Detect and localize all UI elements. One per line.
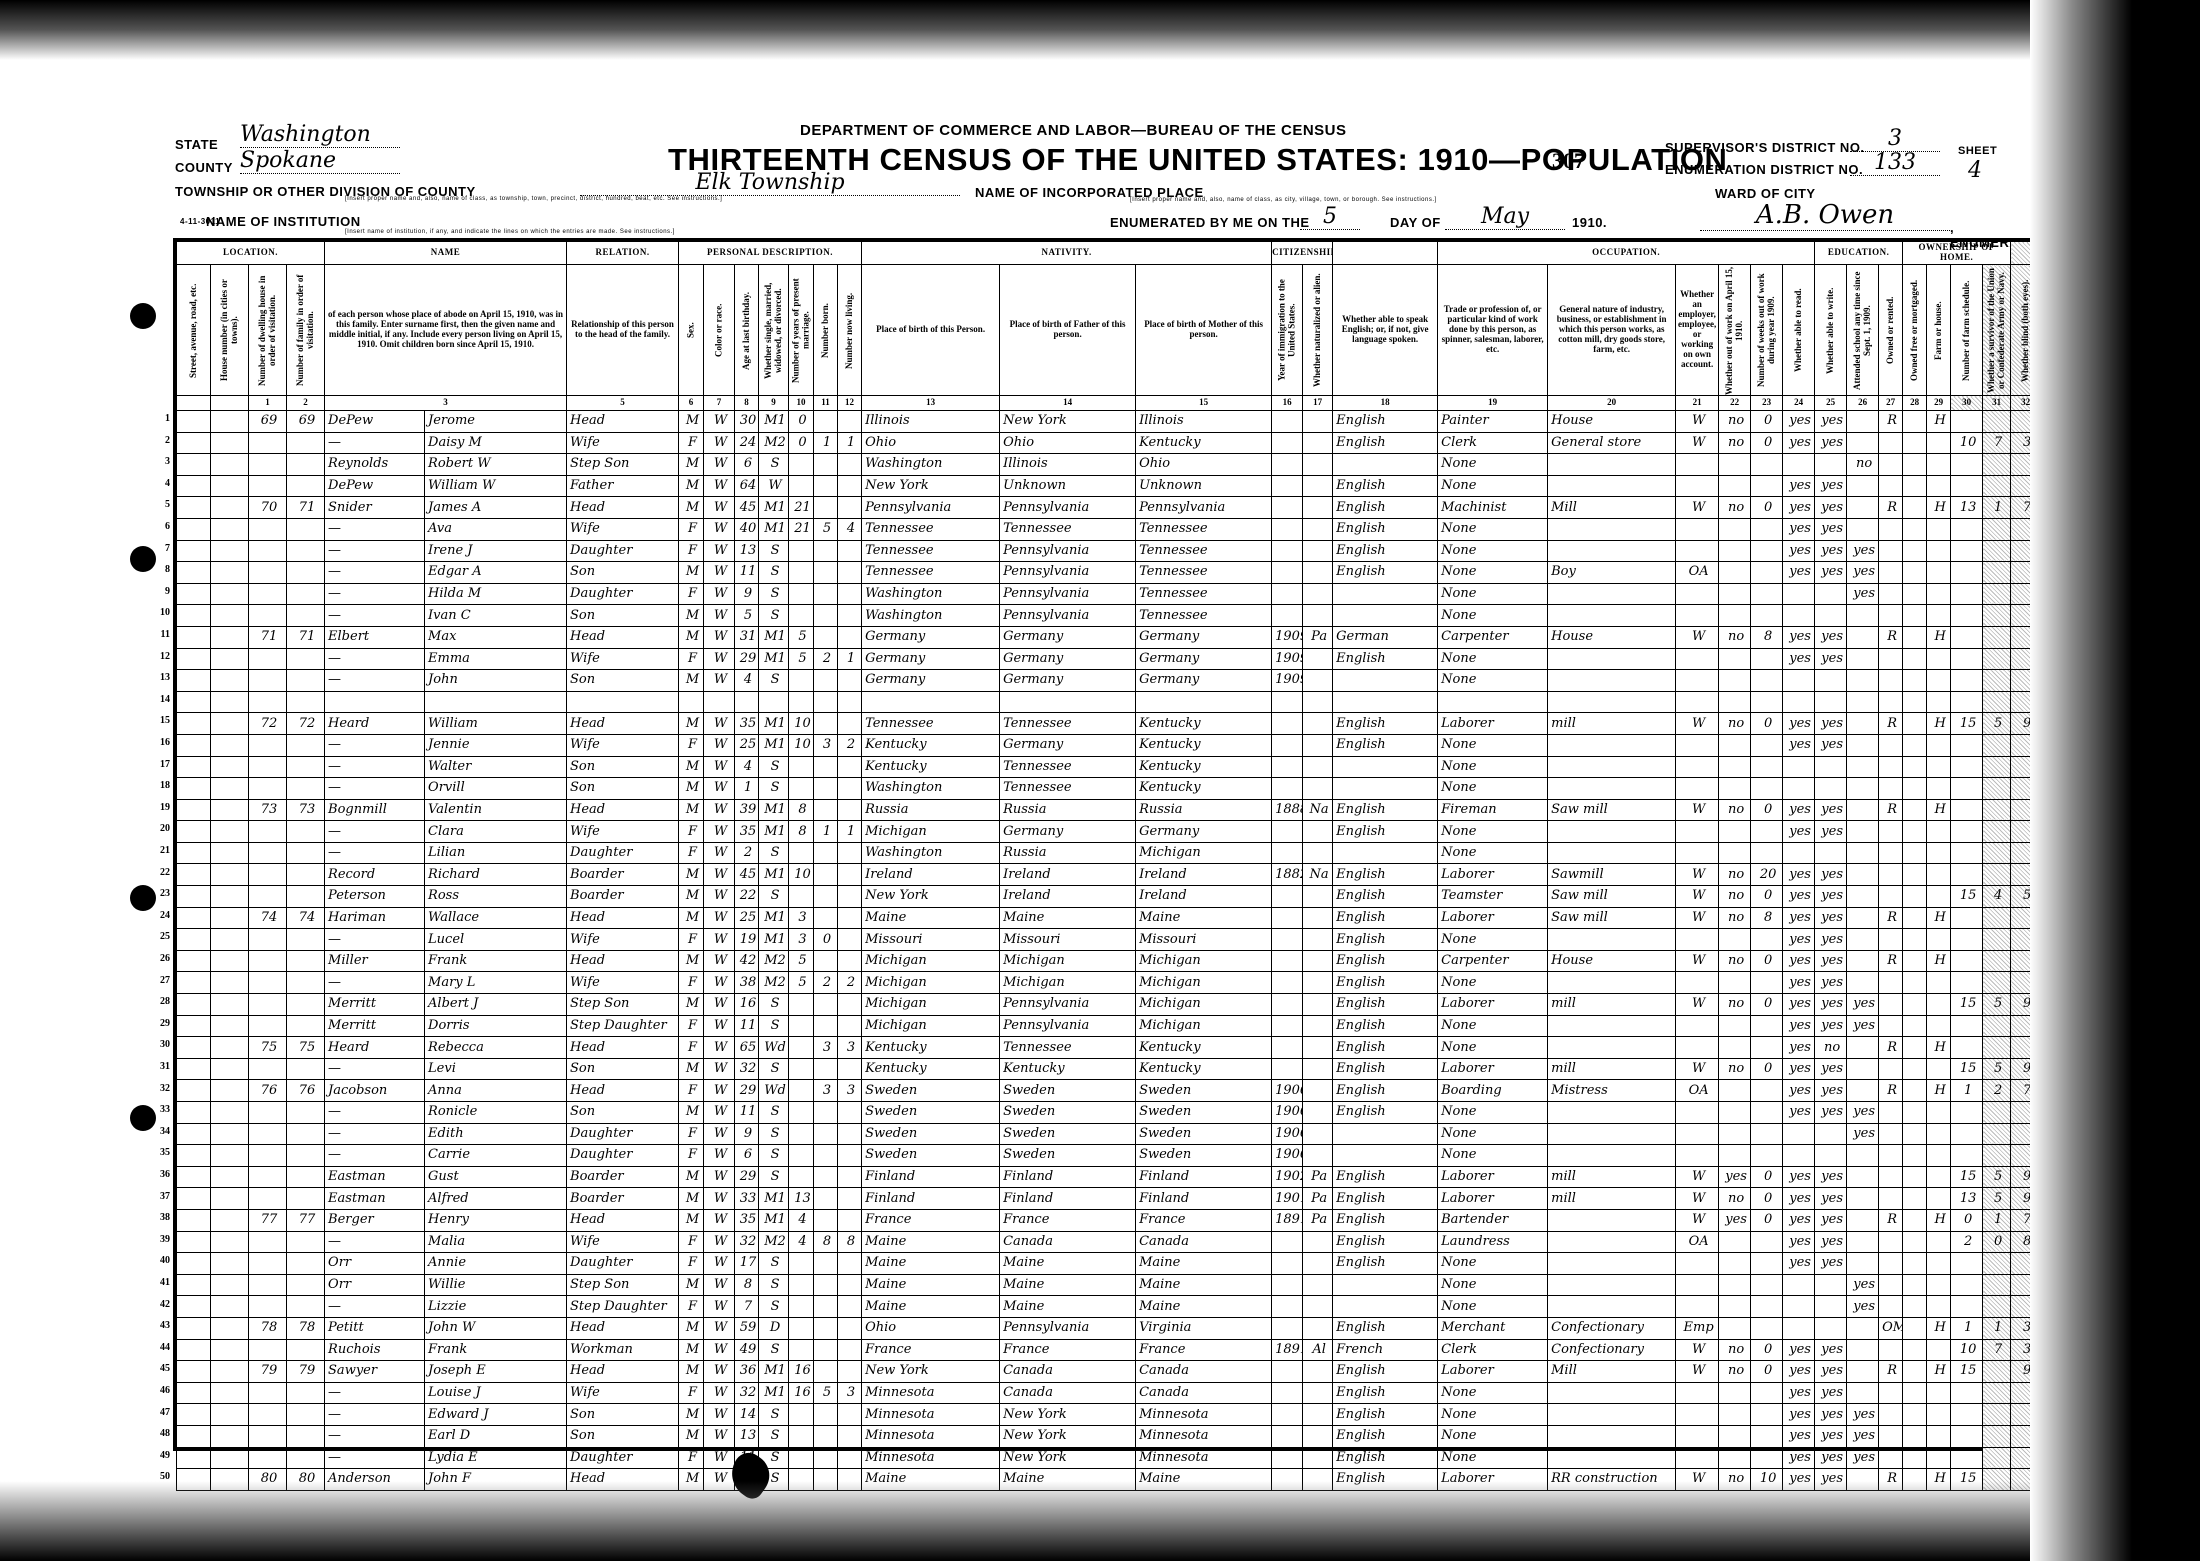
cell-weeks-out: [1751, 1123, 1783, 1145]
cell-given-name: Malia: [425, 1231, 567, 1253]
cell-birthplace-mother: Michigan: [1136, 994, 1272, 1016]
cell-birthplace-father: Germany: [1000, 626, 1136, 648]
table-row: —JohnSonMW4SGermanyGermanyGermany1909Non…: [177, 670, 2069, 692]
line-number: 23: [150, 888, 170, 899]
cell-weeks-out: 8: [1751, 626, 1783, 648]
cell-farm-schedule: [1951, 1123, 1983, 1145]
cell-owned-rented: [1879, 1145, 1903, 1167]
cell-immigration-year: [1272, 756, 1303, 778]
cell-employment-class: W: [1676, 1058, 1719, 1080]
cell-birthplace-mother: Sweden: [1136, 1102, 1272, 1124]
cell-marital-status: Wd: [759, 1037, 789, 1059]
cell-employment-class: [1676, 518, 1719, 540]
cell-family-number: 76: [287, 1080, 325, 1102]
cell-school: no: [1847, 454, 1879, 476]
cell-birthplace-mother: Sweden: [1136, 1080, 1272, 1102]
cell-children-living: 2: [838, 734, 862, 756]
cell-weeks-out: [1751, 648, 1783, 670]
cell-birthplace-father: Ohio: [1000, 432, 1136, 454]
cell-weeks-out: 0: [1751, 799, 1783, 821]
cell-trade: [1438, 691, 1548, 713]
cell-surname: —: [325, 648, 425, 670]
cell-farm-house: [1927, 1404, 1951, 1426]
cell-can-write: yes: [1815, 1339, 1847, 1361]
cell-sex: M: [679, 713, 704, 735]
cell-age: 42: [735, 950, 759, 972]
cell-children-born: [814, 1123, 838, 1145]
cell-trade: Laborer: [1438, 713, 1548, 735]
cell-birthplace-father: France: [1000, 1209, 1136, 1231]
cell-owned-rented: R: [1879, 411, 1903, 433]
cell-race: W: [704, 1080, 735, 1102]
cell-farm-schedule: 13: [1951, 1188, 1983, 1210]
col-race: Color or race.: [704, 265, 735, 396]
cell-farm-schedule: [1951, 1015, 1983, 1037]
cell-owned-rented: R: [1879, 1361, 1903, 1383]
col-language: Whether able to speak English; or, if no…: [1333, 265, 1438, 396]
cell-farm-house: [1927, 1102, 1951, 1124]
cell-birthplace-person: Maine: [862, 1296, 1000, 1318]
cell-marital-status: S: [759, 1425, 789, 1447]
cell-relation: Wife: [567, 972, 679, 994]
cell-immigration-year: [1272, 1447, 1303, 1469]
cell-years-married: [789, 583, 814, 605]
cell-owned-rented: R: [1879, 497, 1903, 519]
cell-relation: Son: [567, 605, 679, 627]
cell-school: [1847, 518, 1879, 540]
cell-weeks-out: 0: [1751, 1188, 1783, 1210]
cell-industry: [1548, 1296, 1676, 1318]
cell-family-number: 69: [287, 411, 325, 433]
cell-relation: Step Daughter: [567, 1015, 679, 1037]
cell-street: [177, 626, 211, 648]
cell-relation: Son: [567, 1102, 679, 1124]
cell-employment-class: [1676, 1123, 1719, 1145]
cell-weeks-out: [1751, 1080, 1783, 1102]
cell-farm-house: H: [1927, 626, 1951, 648]
cell-farm-schedule: [1951, 821, 1983, 843]
cell-can-write: yes: [1815, 972, 1847, 994]
table-row: —RonicleSonMW11SSwedenSwedenSweden1906En…: [177, 1102, 2069, 1124]
cell-house: [211, 713, 249, 735]
cell-birthplace-mother: Michigan: [1136, 1015, 1272, 1037]
cell-race: [704, 691, 735, 713]
cell-relation: Step Son: [567, 994, 679, 1016]
cell-employment-class: W: [1676, 864, 1719, 886]
cell-weeks-out: 0: [1751, 1058, 1783, 1080]
cell-given-name: Emma: [425, 648, 567, 670]
cell-dwelling-number: [249, 886, 287, 908]
cell-language: English: [1333, 1361, 1438, 1383]
cell-weeks-out: [1751, 1037, 1783, 1059]
cell-birthplace-person: Russia: [862, 799, 1000, 821]
cell-marital-status: M1: [759, 799, 789, 821]
cell-birthplace-father: New York: [1000, 1404, 1136, 1426]
cell-family-number: [287, 475, 325, 497]
cell-farm-schedule: 0: [1951, 1209, 1983, 1231]
cell-language: English: [1333, 886, 1438, 908]
cell-out-of-work: [1719, 1425, 1751, 1447]
cell-given-name: Hilda M: [425, 583, 567, 605]
cell-language: [1333, 842, 1438, 864]
cell-years-married: 8: [789, 821, 814, 843]
cell-owned-rented: R: [1879, 799, 1903, 821]
line-number: 22: [150, 867, 170, 878]
cell-age: 65: [735, 1037, 759, 1059]
cell-family-number: [287, 1145, 325, 1167]
cell-owned-rented: OM: [1879, 1317, 1903, 1339]
cell-street: [177, 454, 211, 476]
cell-free-mortgaged: [1903, 1253, 1927, 1275]
cell-years-married: [789, 756, 814, 778]
cell-can-read: yes: [1783, 1209, 1815, 1231]
cell-trade: None: [1438, 1404, 1548, 1426]
cell-children-living: [838, 475, 862, 497]
cell-race: W: [704, 950, 735, 972]
cell-can-read: yes: [1783, 1015, 1815, 1037]
cell-veteran: [1983, 929, 2011, 951]
cell-can-read: [1783, 1274, 1815, 1296]
cell-weeks-out: [1751, 756, 1783, 778]
cell-immigration-year: [1272, 821, 1303, 843]
cell-school: [1847, 929, 1879, 951]
column-number: 10: [789, 396, 814, 411]
ward-label: WARD OF CITY: [1715, 186, 1816, 201]
cell-surname: Hariman: [325, 907, 425, 929]
cell-relation: Head: [567, 1080, 679, 1102]
cell-surname: —: [325, 1102, 425, 1124]
cell-owned-rented: [1879, 734, 1903, 756]
cell-birthplace-person: Ohio: [862, 432, 1000, 454]
cell-farm-house: [1927, 972, 1951, 994]
cell-birthplace-father: Kentucky: [1000, 1058, 1136, 1080]
cell-children-living: [838, 1447, 862, 1469]
line-number: 32: [150, 1083, 170, 1094]
cell-sex: M: [679, 1361, 704, 1383]
cell-farm-house: [1927, 454, 1951, 476]
cell-can-read: yes: [1783, 411, 1815, 433]
cell-language: English: [1333, 475, 1438, 497]
cell-street: [177, 1080, 211, 1102]
cell-surname: Petitt: [325, 1317, 425, 1339]
table-row: ReynoldsRobert WStep SonMW6SWashingtonIl…: [177, 454, 2069, 476]
cell-weeks-out: 20: [1751, 864, 1783, 886]
cell-family-number: [287, 972, 325, 994]
cell-veteran: [1983, 799, 2011, 821]
col-name: of each person whose place of abode on A…: [325, 265, 567, 396]
column-number: 7: [704, 396, 735, 411]
cell-sex: M: [679, 605, 704, 627]
cell-weeks-out: 0: [1751, 411, 1783, 433]
cell-naturalization: [1303, 821, 1333, 843]
cell-relation: Son: [567, 1425, 679, 1447]
cell-school: [1847, 821, 1879, 843]
cell-birthplace-mother: Kentucky: [1136, 1058, 1272, 1080]
cell-veteran: 5: [1983, 713, 2011, 735]
cell-naturalization: [1303, 713, 1333, 735]
cell-children-born: [814, 907, 838, 929]
cell-language: [1333, 691, 1438, 713]
cell-family-number: [287, 1404, 325, 1426]
cell-house: [211, 411, 249, 433]
cell-race: W: [704, 907, 735, 929]
cell-dwelling-number: 78: [249, 1317, 287, 1339]
cell-sex: F: [679, 1080, 704, 1102]
cell-can-write: yes: [1815, 518, 1847, 540]
cell-immigration-year: [1272, 1037, 1303, 1059]
cell-birthplace-person: Washington: [862, 842, 1000, 864]
cell-can-write: [1815, 670, 1847, 692]
cell-birthplace-mother: Minnesota: [1136, 1404, 1272, 1426]
cell-trade: None: [1438, 1274, 1548, 1296]
cell-industry: [1548, 691, 1676, 713]
cell-age: 6: [735, 1145, 759, 1167]
cell-race: W: [704, 670, 735, 692]
cell-can-write: yes: [1815, 799, 1847, 821]
cell-birthplace-father: Pennsylvania: [1000, 1015, 1136, 1037]
cell-dwelling-number: 72: [249, 713, 287, 735]
col-sex: Sex.: [679, 265, 704, 396]
cell-relation: Head: [567, 713, 679, 735]
cell-out-of-work: no: [1719, 1361, 1751, 1383]
cell-birthplace-father: Sweden: [1000, 1123, 1136, 1145]
cell-weeks-out: [1751, 972, 1783, 994]
cell-can-write: yes: [1815, 821, 1847, 843]
cell-children-born: [814, 1102, 838, 1124]
cell-children-born: [814, 670, 838, 692]
cell-veteran: [1983, 648, 2011, 670]
cell-marital-status: M1: [759, 734, 789, 756]
cell-years-married: 4: [789, 1209, 814, 1231]
cell-farm-house: [1927, 756, 1951, 778]
cell-children-living: [838, 713, 862, 735]
cell-employment-class: [1676, 734, 1719, 756]
cell-weeks-out: [1751, 475, 1783, 497]
cell-trade: None: [1438, 1253, 1548, 1275]
cell-farm-house: [1927, 648, 1951, 670]
cell-birthplace-father: Canada: [1000, 1231, 1136, 1253]
cell-house: [211, 432, 249, 454]
cell-house: [211, 1080, 249, 1102]
cell-trade: None: [1438, 821, 1548, 843]
cell-marital-status: S: [759, 842, 789, 864]
cell-given-name: Edith: [425, 1123, 567, 1145]
cell-out-of-work: [1719, 1123, 1751, 1145]
cell-free-mortgaged: [1903, 1447, 1927, 1469]
cell-sex: F: [679, 583, 704, 605]
cell-birthplace-person: Ohio: [862, 1317, 1000, 1339]
cell-can-read: yes: [1783, 648, 1815, 670]
cell-farm-schedule: [1951, 778, 1983, 800]
cell-surname: Berger: [325, 1209, 425, 1231]
cell-free-mortgaged: [1903, 1231, 1927, 1253]
cell-relation: Boarder: [567, 1188, 679, 1210]
cell-out-of-work: [1719, 605, 1751, 627]
cell-family-number: [287, 1231, 325, 1253]
cell-birthplace-mother: Russia: [1136, 799, 1272, 821]
cell-can-read: yes: [1783, 972, 1815, 994]
cell-years-married: [789, 691, 814, 713]
cell-farm-schedule: [1951, 454, 1983, 476]
cell-farm-house: [1927, 1231, 1951, 1253]
cell-children-born: [814, 411, 838, 433]
cell-birthplace-person: Michigan: [862, 1015, 1000, 1037]
cell-out-of-work: no: [1719, 432, 1751, 454]
cell-industry: House: [1548, 626, 1676, 648]
cell-given-name: Ross: [425, 886, 567, 908]
cell-children-living: 1: [838, 648, 862, 670]
cell-owned-rented: [1879, 1123, 1903, 1145]
cell-trade: None: [1438, 475, 1548, 497]
cell-owned-rented: [1879, 994, 1903, 1016]
cell-family-number: [287, 518, 325, 540]
cell-weeks-out: 0: [1751, 1339, 1783, 1361]
cell-birthplace-person: Germany: [862, 626, 1000, 648]
cell-street: [177, 1166, 211, 1188]
cell-years-married: 16: [789, 1361, 814, 1383]
cell-race: W: [704, 799, 735, 821]
cell-surname: Reynolds: [325, 454, 425, 476]
cell-out-of-work: no: [1719, 950, 1751, 972]
cell-race: W: [704, 778, 735, 800]
cell-trade: Clerk: [1438, 1339, 1548, 1361]
cell-age: 11: [735, 1102, 759, 1124]
cell-children-living: 1: [838, 432, 862, 454]
line-number: 12: [150, 651, 170, 662]
cell-street: [177, 1339, 211, 1361]
cell-can-write: yes: [1815, 540, 1847, 562]
cell-relation: Wife: [567, 1382, 679, 1404]
cell-naturalization: [1303, 1145, 1333, 1167]
cell-given-name: William W: [425, 475, 567, 497]
cell-language: [1333, 778, 1438, 800]
cell-out-of-work: no: [1719, 411, 1751, 433]
cell-family-number: 71: [287, 497, 325, 519]
cell-marital-status: D: [759, 1317, 789, 1339]
cell-free-mortgaged: [1903, 886, 1927, 908]
cell-sex: F: [679, 929, 704, 951]
cell-children-living: [838, 1058, 862, 1080]
cell-dwelling-number: [249, 842, 287, 864]
cell-family-number: [287, 432, 325, 454]
cell-immigration-year: [1272, 713, 1303, 735]
cell-trade: Painter: [1438, 411, 1548, 433]
cell-years-married: 4: [789, 1231, 814, 1253]
cell-marital-status: M1: [759, 518, 789, 540]
table-row: —LizzieStep DaughterFW7SMaineMaineMaineN…: [177, 1296, 2069, 1318]
cell-farm-schedule: 10: [1951, 1339, 1983, 1361]
cell-race: W: [704, 1145, 735, 1167]
cell-sex: M: [679, 907, 704, 929]
cell-children-born: [814, 562, 838, 584]
cell-trade: Fireman: [1438, 799, 1548, 821]
cell-birthplace-person: Pennsylvania: [862, 497, 1000, 519]
cell-can-write: yes: [1815, 907, 1847, 929]
cell-farm-house: [1927, 1425, 1951, 1447]
cell-language: [1333, 670, 1438, 692]
line-number: 5: [150, 499, 170, 510]
cell-can-write: [1815, 454, 1847, 476]
cell-industry: [1548, 518, 1676, 540]
cell-children-living: [838, 799, 862, 821]
cell-can-read: yes: [1783, 432, 1815, 454]
cell-family-number: 77: [287, 1209, 325, 1231]
cell-sex: M: [679, 1102, 704, 1124]
cell-immigration-year: [1272, 497, 1303, 519]
line-number: 3: [150, 456, 170, 467]
cell-veteran: 5: [1983, 1166, 2011, 1188]
cell-trade: Carpenter: [1438, 626, 1548, 648]
cell-house: [211, 670, 249, 692]
cell-language: English: [1333, 648, 1438, 670]
cell-weeks-out: [1751, 1274, 1783, 1296]
cell-school: [1847, 1382, 1879, 1404]
cell-weeks-out: [1751, 1253, 1783, 1275]
col-relation: Relationship of this person to the head …: [567, 265, 679, 396]
cell-farm-house: [1927, 562, 1951, 584]
cell-weeks-out: [1751, 1296, 1783, 1318]
cell-years-married: [789, 454, 814, 476]
cell-birthplace-father: Missouri: [1000, 929, 1136, 951]
cell-weeks-out: [1751, 605, 1783, 627]
cell-house: [211, 1166, 249, 1188]
cell-birthplace-father: Tennessee: [1000, 756, 1136, 778]
cell-sex: F: [679, 1382, 704, 1404]
cell-surname: —: [325, 605, 425, 627]
cell-sex: M: [679, 1188, 704, 1210]
cell-trade: None: [1438, 1037, 1548, 1059]
table-row: —Hilda MDaughterFW9SWashingtonPennsylvan…: [177, 583, 2069, 605]
cell-surname: —: [325, 670, 425, 692]
cell-marital-status: S: [759, 1058, 789, 1080]
cell-children-born: [814, 886, 838, 908]
cell-birthplace-person: Michigan: [862, 994, 1000, 1016]
cell-sex: [679, 691, 704, 713]
cell-age: 40: [735, 518, 759, 540]
cell-years-married: [789, 1015, 814, 1037]
cell-can-write: yes: [1815, 864, 1847, 886]
cell-language: English: [1333, 1037, 1438, 1059]
cell-relation: Head: [567, 1317, 679, 1339]
cell-out-of-work: yes: [1719, 1166, 1751, 1188]
cell-birthplace-father: Pennsylvania: [1000, 497, 1136, 519]
cell-language: [1333, 1145, 1438, 1167]
cell-school: yes: [1847, 1015, 1879, 1037]
cell-sex: M: [679, 1209, 704, 1231]
cell-marital-status: M1: [759, 497, 789, 519]
cell-out-of-work: [1719, 583, 1751, 605]
cell-surname: Bognmill: [325, 799, 425, 821]
cell-birthplace-father: Germany: [1000, 734, 1136, 756]
cell-owned-rented: R: [1879, 950, 1903, 972]
cell-given-name: William: [425, 713, 567, 735]
cell-free-mortgaged: [1903, 756, 1927, 778]
cell-owned-rented: [1879, 454, 1903, 476]
cell-employment-class: [1676, 648, 1719, 670]
cell-industry: [1548, 1274, 1676, 1296]
cell-employment-class: [1676, 821, 1719, 843]
cell-given-name: Robert W: [425, 454, 567, 476]
cell-weeks-out: [1751, 691, 1783, 713]
cell-can-write: [1815, 1123, 1847, 1145]
cell-house: [211, 994, 249, 1016]
cell-dwelling-number: 70: [249, 497, 287, 519]
cell-family-number: [287, 886, 325, 908]
state-label: STATE: [175, 137, 218, 152]
cell-relation: Father: [567, 475, 679, 497]
line-number: 35: [150, 1147, 170, 1158]
cell-naturalization: [1303, 648, 1333, 670]
